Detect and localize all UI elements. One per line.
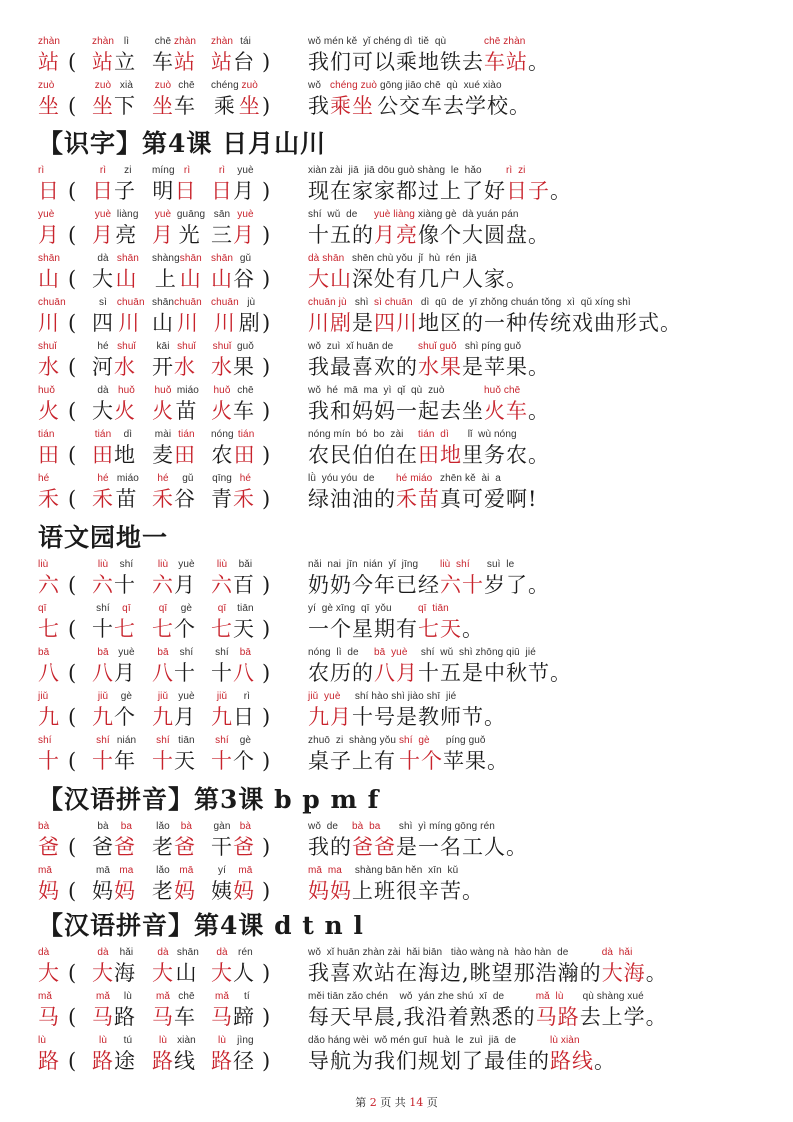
hanzi: 大海 (602, 959, 646, 987)
hanzi: 青 (211, 485, 233, 513)
hanzi: 车 (152, 48, 174, 76)
hanzi: 禾 (152, 485, 174, 513)
word-syllable: mā妈 (92, 865, 114, 905)
paren-close: ) (262, 253, 271, 293)
hanzi: 爸 (114, 833, 136, 861)
pinyin: liù (98, 559, 108, 571)
word-syllable: jìng径 (233, 1035, 255, 1075)
pinyin: guǒ (234, 341, 254, 353)
main-character: bā八 (38, 647, 60, 687)
close-paren: ) (262, 221, 271, 249)
pinyin: yí (218, 865, 226, 877)
hanzi: 十 (211, 659, 233, 687)
hanzi: 火 (38, 397, 60, 425)
paren-open: ( (68, 603, 77, 643)
word-syllable: chuān川 (114, 297, 145, 337)
sentence-segment: zhuō zi shàng yǒu 桌子上有 (308, 735, 399, 775)
sentence-segment: chéng zuò乘坐 (330, 80, 377, 120)
hanzi: 妈 (38, 877, 60, 905)
hanzi: 大山 (308, 265, 352, 293)
pinyin: lǜ yóu yóu de (308, 473, 377, 485)
pinyin: sì (99, 297, 107, 309)
character-row: mā妈(mā妈 ma妈lǎo老 mā妈yí姨 mā妈)mā ma妈妈 shàng… (0, 865, 793, 909)
word-syllable: shàng上 (152, 253, 180, 293)
hanzi: 公交车去学校。 (377, 92, 531, 120)
pinyin: rì (38, 165, 44, 177)
hanzi: 路线 (550, 1047, 594, 1075)
pinyin: wǒ de (308, 821, 341, 833)
compound-word: lù路 xiàn线 (152, 1035, 196, 1075)
sentence-segment: shì 是 (352, 297, 374, 337)
word-syllable: mā妈 (233, 865, 255, 905)
paren-close: ) (262, 647, 271, 687)
hanzi: 山 (180, 265, 202, 293)
hanzi: 十 (174, 659, 196, 687)
paren-open: ( (68, 1035, 77, 1075)
character-row: mǎ马(mǎ马 lù路mǎ马 chē车mǎ马 tí蹄)měi tiān zǎo … (0, 991, 793, 1035)
hanzi: 百 (233, 571, 255, 599)
word-syllable: shuǐ水 (174, 341, 196, 381)
pinyin: qīng (212, 473, 232, 485)
pinyin: shàng bān hěn xīn kǔ (352, 865, 458, 877)
pinyin: xiàn (174, 1035, 196, 1047)
hanzi: 日 (233, 703, 255, 731)
pinyin: chéng zuò (330, 80, 377, 92)
sentence-segment: wǒ xǐ huān zhàn zài hǎi biān tiào wàng n… (308, 947, 602, 987)
word-syllable: gè个 (174, 603, 196, 643)
paren-open: ( (68, 385, 77, 425)
hanzi: 九 (38, 703, 60, 731)
hanzi: 六 (211, 571, 233, 599)
pinyin: shì yì míng gōng rén (396, 821, 495, 833)
hanzi: 里务农。 (462, 441, 550, 469)
compound-word: jiǔ九 rì日 (211, 691, 255, 731)
hanzi: 田 (174, 441, 196, 469)
compound-word: lù路 jìng径 (211, 1035, 255, 1075)
hanzi: 十号是教师节。 (352, 703, 506, 731)
sentence-segment: lǜ yóu yóu de 绿油油的 (308, 473, 396, 513)
hanzi: 马 (211, 1003, 233, 1031)
main-character: liù六 (38, 559, 60, 599)
close-paren: ) (262, 309, 271, 337)
hanzi: 乘坐 (330, 92, 374, 120)
main-character: dà大 (38, 947, 60, 987)
hanzi: 月 (152, 221, 174, 249)
main-character: lù路 (38, 1035, 60, 1075)
word-syllable: jiǔ九 (152, 691, 174, 731)
character-row: huǒ火(dà大 huǒ火huǒ火 miáo苗huǒ火 chē车)wǒ hé m… (0, 385, 793, 429)
sentence-segment: shàng bān hěn xīn kǔ上班很辛苦。 (352, 865, 484, 905)
pinyin: lù (118, 991, 132, 1003)
pinyin: jiǔ (38, 691, 48, 703)
pinyin: qù shàng xué (580, 991, 644, 1003)
word-syllable: miáo苗 (114, 473, 139, 513)
word-syllable: lù路 (92, 1035, 114, 1075)
hanzi: 八 (152, 659, 174, 687)
pinyin: kāi (156, 341, 169, 353)
word-syllable: shān山 (114, 253, 139, 293)
pinyin: zhàn (211, 36, 233, 48)
compound-word: nóng农 tián田 (211, 429, 256, 469)
word-syllable: gǔ谷 (174, 473, 196, 513)
hanzi: 十 (211, 747, 233, 775)
hanzi: 田 (38, 441, 60, 469)
hanzi: 个 (174, 615, 196, 643)
pinyin: tián (38, 429, 55, 441)
pinyin: mā (177, 865, 194, 877)
pinyin: bā yuè (374, 647, 408, 659)
pinyin: tú (118, 1035, 132, 1047)
hanzi: 田 (234, 441, 256, 469)
word-syllable: ma妈 (114, 865, 136, 905)
close-paren: ) (262, 877, 271, 905)
example-sentence: shí wǔ de 十五的yuè liàng月亮xiàng gè dà yuán… (308, 209, 550, 249)
pinyin: rì zi (506, 165, 526, 177)
hanzi: 真可爱啊! (440, 485, 537, 513)
pinyin: shí (96, 735, 110, 747)
pinyin: yuè (234, 209, 253, 221)
paren-close: ) (262, 947, 271, 987)
hanzi: 川 (38, 309, 60, 337)
hanzi: 个 (233, 747, 255, 775)
hanzi: 海 (114, 959, 136, 987)
pinyin: gè (118, 691, 132, 703)
hanzi: 。 (528, 48, 550, 76)
sentence-segment: shí wǔ de 十五的 (308, 209, 374, 249)
hanzi: 妈 (174, 877, 196, 905)
pinyin: ma (117, 865, 134, 877)
pinyin: shuǐ (114, 341, 136, 353)
pinyin: wǒ xǐ huān zhàn zài hǎi biān tiào wàng n… (308, 947, 571, 959)
sentence-segment: wǒ de 我的 (308, 821, 352, 861)
hanzi: 六 (92, 571, 114, 599)
hanzi: 大 (38, 959, 60, 987)
compound-word: chéng乘zuò坐 (211, 80, 261, 120)
hanzi: 日子 (506, 177, 550, 205)
main-character: zuò坐 (38, 80, 60, 120)
hanzi: 爸爸 (352, 833, 396, 861)
compound-word: huǒ火 miáo苗 (152, 385, 199, 425)
pinyin: qī (218, 603, 227, 615)
pinyin: dà (97, 253, 108, 265)
compound-word: hé禾 gǔ谷 (152, 473, 196, 513)
worksheet-page: zhàn站(zhàn站 lì立chē车zhàn站zhàn站 tái台)wǒ mé… (0, 0, 793, 1122)
main-character: tián田 (38, 429, 60, 469)
pinyin: rì (219, 165, 225, 177)
hanzi: 十五是中秋节。 (418, 659, 572, 687)
pinyin: chē zhàn (484, 36, 525, 48)
hanzi: 深处有几户人家。 (352, 265, 528, 293)
sentence-segment: wǒ zuì xǐ huān de 我最喜欢的 (308, 341, 418, 381)
pinyin: hé (97, 473, 108, 485)
pinyin: bā (157, 647, 168, 659)
sentence-segment: 。 (528, 36, 550, 76)
example-sentence: wǒ de 我的bà ba爸爸 shì yì míng gōng rén是一名工… (308, 821, 528, 861)
hanzi: 我们可以乘地铁去 (308, 48, 484, 76)
character-row: zhàn站(zhàn站 lì立chē车zhàn站zhàn站 tái台)wǒ mé… (0, 36, 793, 80)
word-syllable: lù路 (211, 1035, 233, 1075)
paren-open: ( (68, 473, 77, 513)
compound-word: bā八 shí十 (152, 647, 196, 687)
character-row: lù路(lù路 tú途lù路 xiàn线lù路 jìng径)dǎo háng w… (0, 1035, 793, 1079)
sentence-segment: nǎi nai jīn nián yǐ jīng 奶奶今年已经 (308, 559, 440, 599)
word-syllable: sān三 (211, 209, 233, 249)
pinyin: zuò (38, 80, 54, 92)
hanzi: 天 (174, 747, 196, 775)
pinyin: shān (211, 253, 233, 265)
section-heading: 【识字】第4课 日月山川 (38, 127, 326, 161)
hanzi: 站 (211, 48, 233, 76)
word-syllable: hé禾 (233, 473, 255, 513)
paren-open: ( (68, 647, 77, 687)
compound-word: chuān川 jù剧 (211, 297, 261, 337)
paren-close: ) (262, 559, 271, 599)
sentence-segment: shuǐ guǒ水果 (418, 341, 462, 381)
word-syllable: rì日 (175, 165, 197, 205)
pinyin: chuān (174, 297, 202, 309)
hanzi: 妈 (114, 877, 136, 905)
word-syllable: zhàn站 (92, 36, 114, 76)
pinyin: yí gè xīng qī yǒu (308, 603, 395, 615)
hanzi: 水 (211, 353, 233, 381)
hanzi: 天 (233, 615, 255, 643)
paren-close: ) (262, 865, 271, 905)
compound-word: sì四 chuān川 (92, 297, 145, 337)
compound-word: dà大 huǒ火 (92, 385, 136, 425)
word-syllable: chuān川 (211, 297, 239, 337)
word-syllable: dì地 (114, 429, 136, 469)
pinyin: shí (96, 603, 110, 615)
open-paren: ( (68, 92, 77, 120)
compound-word: qī七 gè个 (152, 603, 196, 643)
pinyin: hé (237, 473, 251, 485)
compound-word: dà大 shān山 (92, 253, 139, 293)
example-sentence: wǒ 我chéng zuò乘坐 gōng jiāo chē qù xué xià… (308, 80, 531, 120)
hanzi: 田地 (418, 441, 462, 469)
word-syllable: hé禾 (92, 473, 114, 513)
word-syllable: yuè月 (233, 165, 255, 205)
pinyin: tián (235, 429, 254, 441)
hanzi: 现在家家都过上了好 (308, 177, 506, 205)
pinyin: zhuō zi shàng yǒu (308, 735, 399, 747)
compound-word: jiǔ九 yuè月 (152, 691, 196, 731)
hanzi: 年 (114, 747, 136, 775)
pinyin: shuǐ guǒ (418, 341, 457, 353)
pinyin: lǐ wù nóng (462, 429, 517, 441)
pinyin: měi tiān zǎo chén wǒ yán zhe shú xī de (308, 991, 507, 1003)
pinyin: yuè (175, 691, 194, 703)
word-syllable: tí蹄 (233, 991, 255, 1031)
pinyin: rì (181, 165, 190, 177)
example-sentence: xiàn zài jiā jiā dōu guò shàng le hǎo 现在… (308, 165, 572, 205)
word-syllable: lù路 (152, 1035, 174, 1075)
sentence-segment: dì qū de yī zhǒng chuán tǒng xì qǔ xíng … (418, 297, 682, 337)
hanzi: 月 (92, 221, 114, 249)
hanzi: 马 (38, 1003, 60, 1031)
hanzi: 月 (114, 659, 136, 687)
word-syllable: liàng亮 (114, 209, 139, 249)
pinyin: lǎo (156, 865, 170, 877)
hanzi: 大 (92, 959, 114, 987)
compound-word: shuǐ水 guǒ果 (211, 341, 255, 381)
word-syllable: bā八 (152, 647, 174, 687)
pinyin: lù (218, 1035, 226, 1047)
hanzi: 六 (152, 571, 174, 599)
compound-word: yuè月 guāng光 (152, 209, 205, 249)
pinyin: tiān (234, 603, 253, 615)
character-row: tián田(tián田 dì地mài麦 tián田nóng农 tián田)nón… (0, 429, 793, 473)
pinyin: miáo (114, 473, 139, 485)
hanzi: 禾 (92, 485, 114, 513)
word-syllable: gè个 (114, 691, 136, 731)
hanzi: 开 (152, 353, 174, 381)
hanzi: 。 (646, 959, 668, 987)
example-sentence: dà shān大山shēn chù yǒu jǐ hù rén jiā深处有几户… (308, 253, 528, 293)
hanzi: 车 (174, 92, 196, 120)
pinyin: tái (237, 36, 251, 48)
hanzi: 十 (92, 747, 114, 775)
compound-word: bà爸 ba爸 (92, 821, 136, 861)
word-syllable: huǒ火 (211, 385, 233, 425)
word-syllable: yí姨 (211, 865, 233, 905)
compound-word: shān山chuān川 (152, 297, 202, 337)
hanzi: 途 (114, 1047, 136, 1075)
sentence-segment: chē zhàn车站 (484, 36, 528, 76)
page-footer: 第 2 页 共 14 页 (0, 1094, 793, 1110)
hanzi: 站 (38, 48, 60, 76)
pinyin: liù (217, 559, 227, 571)
open-paren: ( (68, 397, 77, 425)
open-paren: ( (68, 221, 77, 249)
hanzi: 我 (308, 92, 330, 120)
hanzi: 我的 (308, 833, 352, 861)
paren-close: ) (262, 341, 271, 381)
current-page-number: 2 (370, 1096, 377, 1109)
main-character: qī七 (38, 603, 60, 643)
pinyin: liù (158, 559, 168, 571)
character-row: dà大(dà大 hǎi海dà大 shān山dà大 rén人)wǒ xǐ huān… (0, 947, 793, 991)
hanzi: 七天 (418, 615, 462, 643)
hanzi: 日 (211, 177, 233, 205)
pinyin: lù (99, 1035, 107, 1047)
word-syllable: nián年 (114, 735, 136, 775)
compound-word: míng明 rì日 (152, 165, 197, 205)
close-paren: ) (262, 92, 271, 120)
word-syllable: yuè月 (174, 691, 196, 731)
pinyin: yuè liàng (374, 209, 415, 221)
compound-word: hé河 shuǐ水 (92, 341, 136, 381)
word-syllable: hǎi海 (114, 947, 136, 987)
paren-close: ) (262, 36, 271, 76)
pinyin: jiǔ yuè (308, 691, 341, 703)
hanzi: 坐 (38, 92, 60, 120)
pinyin: tián (175, 429, 194, 441)
hanzi: 十个 (399, 747, 443, 775)
word-syllable: rì日 (233, 691, 255, 731)
compound-word: shí十 nián年 (92, 735, 136, 775)
hanzi: 月 (233, 221, 255, 249)
footer-prefix: 第 (355, 1096, 370, 1109)
word-syllable: shān山 (174, 947, 199, 987)
sentence-segment: gōng jiāo chē qù xué xiào公交车去学校。 (377, 80, 531, 120)
pinyin: dà (216, 947, 227, 959)
pinyin: jìng (234, 1035, 253, 1047)
close-paren: ) (262, 833, 271, 861)
open-paren: ( (68, 1047, 77, 1075)
word-syllable: dà大 (152, 947, 174, 987)
main-character: zhàn站 (38, 36, 60, 76)
pinyin: yuè (95, 209, 111, 221)
word-syllable: tián田 (234, 429, 256, 469)
hanzi: 妈 (92, 877, 114, 905)
hanzi: 剧 (239, 309, 261, 337)
hanzi: 山 (152, 309, 174, 337)
pinyin: miáo (174, 385, 199, 397)
hanzi: 禾 (38, 485, 60, 513)
compound-word: dà大 rén人 (211, 947, 255, 987)
hanzi: 一个星期有 (308, 615, 418, 643)
hanzi: 大 (211, 959, 233, 987)
word-syllable: lǎo老 (152, 821, 174, 861)
word-syllable: yuè月 (174, 559, 196, 599)
pinyin: bā (38, 647, 49, 659)
pinyin: shēn chù yǒu jǐ hù rén jiā (352, 253, 477, 265)
word-syllable: tái台 (233, 36, 255, 76)
pinyin: yuè (175, 559, 194, 571)
word-syllable: lù路 (114, 991, 136, 1031)
pinyin: mǎ (38, 991, 52, 1003)
pinyin: shì píng guǒ (462, 341, 521, 353)
hanzi: 六十 (440, 571, 484, 599)
compound-word: liù六 bǎi百 (211, 559, 255, 599)
hanzi: 大 (152, 959, 174, 987)
pinyin: mǎ (156, 991, 170, 1003)
word-syllable: shí十 (152, 735, 174, 775)
pinyin: shān (180, 253, 202, 265)
hanzi: 川 (214, 309, 236, 337)
pinyin: gǔ (176, 473, 193, 485)
hanzi: 地区的一种传统戏曲形式。 (418, 309, 682, 337)
hanzi: 九月 (308, 703, 352, 731)
character-row: liù六(liù六 shí十liù六 yuè月liù六 bǎi百)nǎi nai… (0, 559, 793, 603)
paren-close: ) (262, 735, 271, 775)
sentence-segment: 。 (646, 947, 668, 987)
paren-open: ( (68, 165, 77, 205)
word-syllable: shí十 (211, 647, 233, 687)
pinyin: huǒ (115, 385, 135, 397)
word-syllable: chē车 (174, 991, 196, 1031)
word-syllable: liù六 (92, 559, 114, 599)
hanzi: 六 (38, 571, 60, 599)
sentence-segment: wǒ 我 (308, 80, 330, 120)
pinyin: nǎi nai jīn nián yǐ jīng (308, 559, 421, 571)
hanzi: 。 (594, 1047, 616, 1075)
word-syllable: shí十 (211, 735, 233, 775)
hanzi: 十 (152, 747, 174, 775)
sentence-segment: suì le岁了。 (484, 559, 550, 599)
word-syllable: mǎ马 (211, 991, 233, 1031)
word-syllable: ba爸 (114, 821, 136, 861)
hanzi: 奶奶今年已经 (308, 571, 440, 599)
hanzi: 站 (174, 48, 196, 76)
pinyin: shàng (152, 253, 180, 265)
sentence-segment: qī tiān七天 (418, 603, 462, 643)
hanzi: 四川 (374, 309, 418, 337)
pinyin: yuè (115, 647, 134, 659)
hanzi: 导航为我们规划了最佳的 (308, 1047, 550, 1075)
paren-close: ) (262, 385, 271, 425)
compound-word: mǎ马 lù路 (92, 991, 136, 1031)
